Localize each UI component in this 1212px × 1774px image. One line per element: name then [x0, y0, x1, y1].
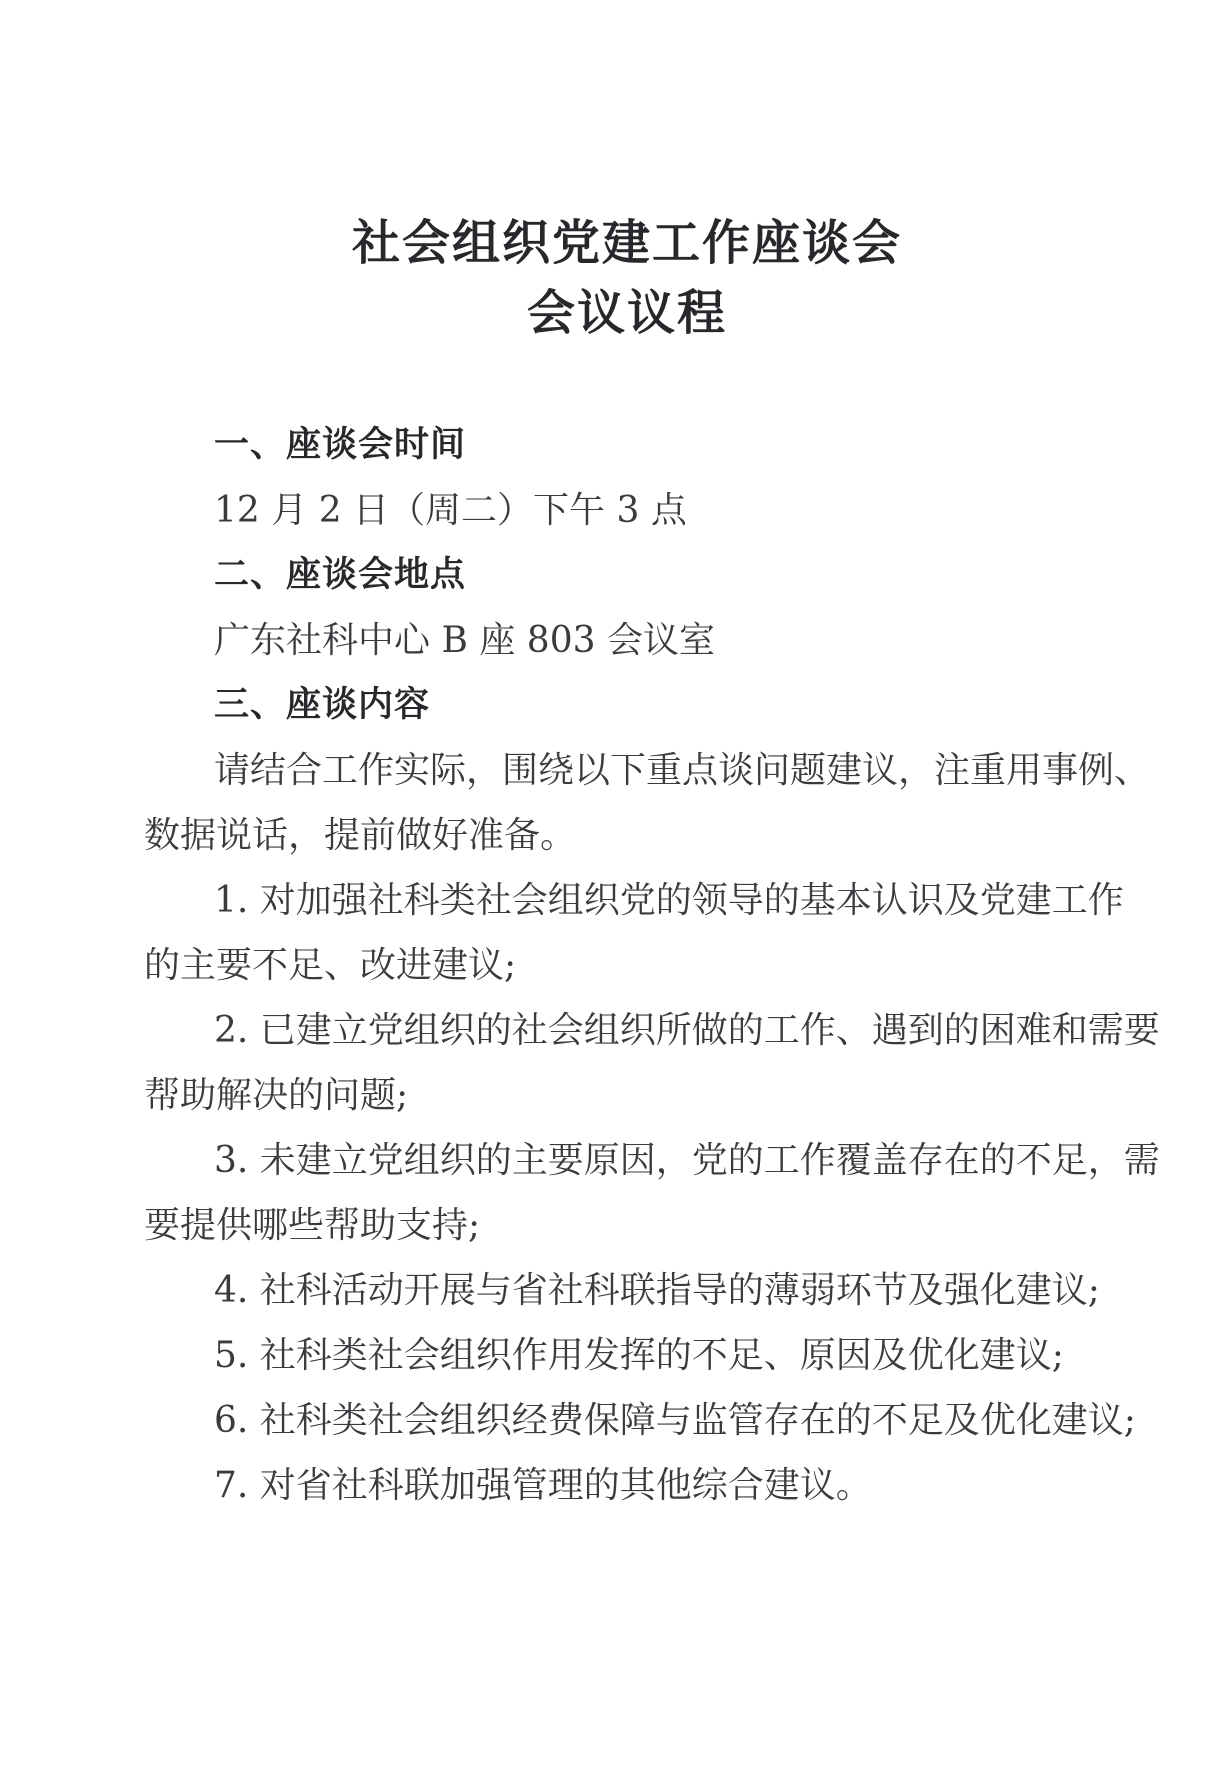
agenda-item-3-line-1: 3. 未建立党组织的主要原因，党的工作覆盖存在的不足，需 [144, 1128, 1124, 1193]
agenda-item-2-line-1: 2. 已建立党组织的社会组织所做的工作、遇到的困难和需要 [144, 998, 1124, 1063]
document-title-line-1: 社会组织党建工作座谈会 [21, 208, 1212, 278]
agenda-item-6: 6. 社科类社会组织经费保障与监管存在的不足及优化建议; [144, 1388, 1124, 1453]
meeting-time-text: 12 月 2 日（周二）下午 3 点 [144, 478, 1124, 543]
section-location-heading: 二、座谈会地点 [144, 543, 1124, 608]
agenda-item-3-line-2: 要提供哪些帮助支持; [144, 1193, 1124, 1258]
meeting-location-text: 广东社科中心 B 座 803 会议室 [144, 608, 1124, 673]
agenda-item-1-line-2: 的主要不足、改进建议; [144, 933, 1124, 998]
intro-paragraph-line-1: 请结合工作实际，围绕以下重点谈问题建议，注重用事例、 [144, 738, 1124, 803]
document-title-line-2: 会议议程 [21, 278, 1212, 348]
intro-paragraph-line-2: 数据说话，提前做好准备。 [144, 803, 1124, 868]
agenda-item-1-line-1: 1. 对加强社科类社会组织党的领导的基本认识及党建工作 [144, 868, 1124, 933]
scanned-document-page: 社会组织党建工作座谈会 会议议程 一、座谈会时间 12 月 2 日（周二）下午 … [0, 0, 1212, 1774]
document-body: 一、座谈会时间 12 月 2 日（周二）下午 3 点 二、座谈会地点 广东社科中… [144, 413, 1124, 1518]
document-title: 社会组织党建工作座谈会 会议议程 [21, 208, 1212, 348]
section-content-heading: 三、座谈内容 [144, 673, 1124, 738]
agenda-item-5: 5. 社科类社会组织作用发挥的不足、原因及优化建议; [144, 1323, 1124, 1388]
agenda-item-7: 7. 对省社科联加强管理的其他综合建议。 [144, 1453, 1124, 1518]
agenda-item-4: 4. 社科活动开展与省社科联指导的薄弱环节及强化建议; [144, 1258, 1124, 1323]
section-time-heading: 一、座谈会时间 [144, 413, 1124, 478]
agenda-item-2-line-2: 帮助解决的问题; [144, 1063, 1124, 1128]
